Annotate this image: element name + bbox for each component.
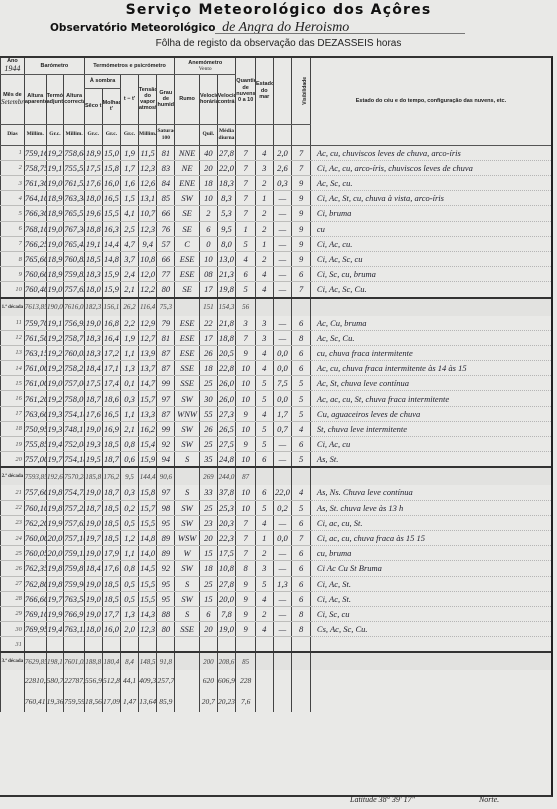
sky-observation: Ci, bruma [310, 206, 551, 221]
sum-ac: 7570,24 [64, 467, 85, 485]
cell-ta: 19,2 [46, 345, 64, 360]
rain-header: Chuva das 6 horas às 16 horas [273, 58, 292, 124]
cell-vi: 6 [292, 561, 311, 576]
cell-ac: 765,45 [64, 236, 85, 251]
cell-ru: SSE [175, 361, 200, 376]
sky-observation: Ac, cu, chuviscos leves de chuva, arco-í… [310, 145, 551, 160]
cell-vh: 18 [200, 561, 218, 576]
cell-nu: 9 [236, 622, 256, 637]
total-hu: 85,9 [157, 691, 175, 712]
cell-ru: S [175, 606, 200, 621]
cell-ts: 18,0 [84, 282, 102, 298]
cell-ap: 762,35 [24, 561, 46, 576]
cell-tv: 13,3 [138, 406, 157, 421]
cell-vi: 9 [292, 206, 311, 221]
cell-vi: 7 [292, 145, 311, 160]
day-row: 15761,0019,0757,0617,517,40,114,799SSE25… [1, 376, 552, 391]
cell-vi: 6 [292, 345, 311, 360]
cell-tt: 4,7 [121, 236, 139, 251]
cell-vh: 25 [200, 500, 218, 515]
sum-ch [273, 467, 292, 485]
cell-hu: 99 [157, 421, 175, 436]
cell-nu: 9 [236, 345, 256, 360]
sum-vh: 151 [200, 298, 218, 316]
day-row: 16761,2019,2758,0718,718,60,315,797SW302… [1, 391, 552, 406]
cell-tv: 12,9 [138, 316, 157, 331]
cell-mar: 3 [255, 330, 273, 345]
cell-tt: 1,1 [121, 345, 139, 360]
cell-vh: 20 [200, 160, 218, 175]
cell-mar: 3 [255, 160, 273, 175]
cell-ac: 759,13 [64, 546, 85, 561]
cell-hu: 89 [157, 546, 175, 561]
cell-vh: 17 [200, 282, 218, 298]
sky-observation: Cs, Ac, Sc, Cu. [310, 622, 551, 637]
cell-tv: 14,7 [138, 376, 157, 391]
cell-vc: 7,8 [217, 606, 236, 621]
cell-tv: 13,1 [138, 191, 157, 206]
cell-nu [236, 637, 256, 653]
day-number: 20 [1, 452, 25, 468]
anemometer-header: AnemómetroVento [175, 58, 236, 74]
cell-hu: 87 [157, 406, 175, 421]
cell-tt: 1,1 [121, 406, 139, 421]
cell-nu: 7 [236, 145, 256, 160]
day-number: 13 [1, 345, 25, 360]
total-obs [310, 691, 551, 712]
cell-tt: 0,8 [121, 561, 139, 576]
apparent-height-header: Altura aparente [24, 74, 46, 124]
cell-tm: 16,5 [102, 406, 121, 421]
cell-tt: 0,2 [121, 500, 139, 515]
cell-hu: 76 [157, 221, 175, 236]
cell-tt: 1,1 [121, 546, 139, 561]
cell-mar: 5 [255, 376, 273, 391]
sky-observation: St, chuva leve intermitente [310, 421, 551, 436]
cell-tt: 2,1 [121, 421, 139, 436]
cell-tm: 18,5 [102, 576, 121, 591]
cell-mar: 2 [255, 221, 273, 236]
day-row: 31 [1, 637, 552, 653]
sum-tv: 148,5 [138, 652, 157, 670]
cell-nu: 7 [236, 191, 256, 206]
sum-ch [273, 652, 292, 670]
cell-tv: 13,9 [138, 345, 157, 360]
cell-tv: 15,5 [138, 576, 157, 591]
day-row: 29769,1019,9766,9719,017,71,314,388S67,8… [1, 606, 552, 621]
total-mar [255, 691, 273, 712]
cell-ta: 19,4 [46, 622, 64, 637]
sum-mar [255, 298, 273, 316]
day-number: 15 [1, 376, 25, 391]
sky-observation: Ac, Cu, bruma [310, 316, 551, 331]
cell-vc: 20,0 [217, 591, 236, 606]
cell-vi: 5 [292, 376, 311, 391]
cell-ap: 764,10 [24, 191, 46, 206]
total-tv: 409,3 [138, 670, 157, 691]
cell-vh: 22 [200, 316, 218, 331]
cell-nu: 10 [236, 500, 256, 515]
cell-tm: 15,5 [102, 206, 121, 221]
cell-ac: 757,06 [64, 376, 85, 391]
cell-vc: 9,5 [217, 221, 236, 236]
observation-form: Ano1944 Barómetro Termómetros e psicróme… [0, 56, 553, 797]
sky-observation: Ci, Ac, cu, arco-íris, chuviscos leves d… [310, 160, 551, 175]
cell-ch: — [273, 221, 292, 236]
unit-grc: Gr.c. [102, 124, 121, 145]
cell-tt: 0,1 [121, 376, 139, 391]
sum-tm: 156,1 [102, 298, 121, 316]
day-number: 25 [1, 546, 25, 561]
cell-ru: NNE [175, 145, 200, 160]
sky-state-header: Estado do céu e do tempo, configuração d… [310, 58, 551, 145]
cell-nu: 7 [236, 546, 256, 561]
cell-mar: 4 [255, 345, 273, 360]
cell-ts: 18,9 [84, 145, 102, 160]
cell-tm: 18,7 [102, 485, 121, 500]
sum-tm: 180,4 [102, 652, 121, 670]
cell-ap: 769,10 [24, 606, 46, 621]
total-tt: 1,47 [121, 691, 139, 712]
cell-ch: 22,0 [273, 485, 292, 500]
cell-tm: 17,4 [102, 376, 121, 391]
cell-vh: 15 [200, 591, 218, 606]
service-title: Serviço Meteorológico dos Açôres [0, 2, 557, 18]
day-row: 21757,6019,8754,7319,018,70,315,897S3337… [1, 485, 552, 500]
cell-mar: 4 [255, 622, 273, 637]
cell-ta: 18,9 [46, 191, 64, 206]
sky-observation: Ci, ac, cu, chuva fraca às 15 15 [310, 530, 551, 545]
sky-observation: As, Ns. Chuva leve contínua [310, 485, 551, 500]
cell-ac: 758,64 [64, 145, 85, 160]
cell-mar: 4 [255, 591, 273, 606]
cell-ru: WSW [175, 530, 200, 545]
cell-tv: 14,5 [138, 561, 157, 576]
cell-vc: 25,3 [217, 500, 236, 515]
cell-ru: ENE [175, 176, 200, 191]
wind-direction-header: Rumo [175, 74, 200, 124]
year-value: 1944 [4, 64, 20, 73]
cell-ts: 18,3 [84, 330, 102, 345]
sky-observation: Ci, Ac, cu. [310, 236, 551, 251]
unit-blank [255, 124, 273, 145]
cell-vi: 9 [292, 176, 311, 191]
cell-ch: 0,0 [273, 530, 292, 545]
cell-vi: 9 [292, 191, 311, 206]
cell-ta: 20,0 [46, 546, 64, 561]
month-value: Setembro [1, 98, 24, 106]
cell-vc: 19,0 [217, 622, 236, 637]
cell-ta: 19,8 [46, 561, 64, 576]
cell-mar: 6 [255, 452, 273, 468]
cell-tm: 18,7 [102, 452, 121, 468]
cell-vc: 22,0 [217, 160, 236, 175]
cell-nu: 10 [236, 376, 256, 391]
cell-ts: 17,5 [84, 376, 102, 391]
cell-tt: 4,1 [121, 206, 139, 221]
cell-vi: 5 [292, 391, 311, 406]
cell-vh: 40 [200, 145, 218, 160]
cell-hu: 81 [157, 330, 175, 345]
cell-tt: 0,5 [121, 515, 139, 530]
cell-ac: 758,07 [64, 391, 85, 406]
cell-vi: 6 [292, 576, 311, 591]
cell-hu: 79 [157, 316, 175, 331]
cell-tt: 1,9 [121, 145, 139, 160]
cell-ch: — [273, 316, 292, 331]
decade-summary-row: 1.ª década7613,85190,07616,01182,3156,12… [1, 298, 552, 316]
cell-tm: 17,9 [102, 546, 121, 561]
cell-ap: 760,40 [24, 282, 46, 298]
cell-mar: 2 [255, 206, 273, 221]
cell-ac: 758,71 [64, 330, 85, 345]
cell-nu: 10 [236, 485, 256, 500]
cell-tt: 1,5 [121, 191, 139, 206]
cell-vc: 24,8 [217, 452, 236, 468]
cell-nu: 4 [236, 251, 256, 266]
total-ru [175, 670, 200, 691]
cell-vi [292, 637, 311, 653]
unit-grc: Gr.c. [121, 124, 139, 145]
cell-ru: NE [175, 160, 200, 175]
cell-vc: 22,3 [217, 530, 236, 545]
day-row: 10760,4019,0757,6318,015,92,112,280SE171… [1, 282, 552, 298]
cell-tv: 12,3 [138, 622, 157, 637]
day-row: 27762,8019,8759,9019,018,50,515,595S2527… [1, 576, 552, 591]
unit-blank [236, 124, 256, 145]
cell-ch: — [273, 606, 292, 621]
cell-ta: 19,7 [46, 452, 64, 468]
sum-hu: 90,6 [157, 467, 175, 485]
cell-ap: 755,85 [24, 437, 46, 452]
thermometers-header: Termómetros e psicrómetro [84, 58, 174, 74]
t-diff-header: t − t' [121, 74, 139, 124]
total-ap: 760,41 [24, 691, 46, 712]
cell-ta: 19,2 [46, 361, 64, 376]
unit-blank [292, 124, 311, 145]
day-row: 23762,2019,9757,6219,018,50,515,595SW232… [1, 515, 552, 530]
cell-ac: 755,59 [64, 160, 85, 175]
sum-nu: 85 [236, 652, 256, 670]
cell-tv: 13,7 [138, 361, 157, 376]
cell-ap: 757,60 [24, 485, 46, 500]
day-number: 27 [1, 576, 25, 591]
cell-tv: 12,3 [138, 160, 157, 175]
sum-tt: 26,2 [121, 298, 139, 316]
cell-vi: 8 [292, 606, 311, 621]
day-number: 21 [1, 485, 25, 500]
cell-nu: 8 [236, 561, 256, 576]
cell-tt: 3,7 [121, 251, 139, 266]
cell-ts: 19,0 [84, 421, 102, 436]
total-mar [255, 670, 273, 691]
cell-ac: 758,21 [64, 361, 85, 376]
sum-mar [255, 652, 273, 670]
observatory-underline [215, 33, 465, 34]
cell-ch: — [273, 191, 292, 206]
cell-ta: 19,4 [46, 437, 64, 452]
cell-vi: 4 [292, 421, 311, 436]
cell-ac: 760,05 [64, 345, 85, 360]
sky-observation: Ac, Sc, Cu. [310, 330, 551, 345]
monthly-total-row: 22810,25580,722787,90556,9512,844,1409,3… [1, 670, 552, 691]
cell-tm: 18,5 [102, 500, 121, 515]
cell-tm: 15,9 [102, 267, 121, 282]
day-row: 24760,0020,0757,1019,718,51,214,889WSW20… [1, 530, 552, 545]
total-tt: 44,1 [121, 670, 139, 691]
cell-ts: 19,0 [84, 606, 102, 621]
cell-vc: 26,5 [217, 421, 236, 436]
cell-ap: 760,10 [24, 500, 46, 515]
cell-vc: 5,3 [217, 206, 236, 221]
sum-vi [292, 652, 311, 670]
sky-observation: cu [310, 221, 551, 236]
cell-ch [273, 637, 292, 653]
sky-observation: As, St. chuva leve às 13 h [310, 500, 551, 515]
cell-ch: — [273, 267, 292, 282]
total-vi [292, 691, 311, 712]
cell-ac: 759,87 [64, 561, 85, 576]
cell-tv: 12,2 [138, 282, 157, 298]
cell-tv: 15,5 [138, 515, 157, 530]
month-header: Mês deSetembro [1, 74, 25, 124]
sky-observation: Ci, Ac, St. [310, 576, 551, 591]
cell-ch: — [273, 561, 292, 576]
cell-ru: W [175, 546, 200, 561]
cell-ru: ESE [175, 251, 200, 266]
cell-hu: 83 [157, 160, 175, 175]
decade-summary-row: 2.ª década7593,85192,67570,24185,8176,29… [1, 467, 552, 485]
day-row: 4764,1018,9763,3818,016,51,513,185SW108,… [1, 191, 552, 206]
total-tm: 512,8 [102, 670, 121, 691]
day-number: 11 [1, 316, 25, 331]
cell-ru: SW [175, 437, 200, 452]
cell-tt [121, 637, 139, 653]
cell-hu: 80 [157, 282, 175, 298]
cell-vh: 15 [200, 546, 218, 561]
sky-observation: Cu, aguaceiros leves de chuva [310, 406, 551, 421]
cell-ap: 763,60 [24, 406, 46, 421]
cell-vh: 2 [200, 206, 218, 221]
sky-observation: Ac, St, chuva leve contínua [310, 376, 551, 391]
cell-mar: 5 [255, 576, 273, 591]
day-number: 31 [1, 637, 25, 653]
cell-tm: 16,0 [102, 176, 121, 191]
cell-ts: 18,4 [84, 361, 102, 376]
sum-ru [175, 298, 200, 316]
cell-nu: 10 [236, 452, 256, 468]
day-number: 8 [1, 251, 25, 266]
cell-ap: 759,70 [24, 316, 46, 331]
total-tm: 17,09 [102, 691, 121, 712]
cell-ts: 17,6 [84, 176, 102, 191]
attached-thermometer-header: Termómetro adjunto [46, 74, 64, 124]
unit-blank [273, 124, 292, 145]
sky-observation: Ci, Ac, cu [310, 437, 551, 452]
sky-observation: As, St. [310, 452, 551, 468]
cell-vc: 27,3 [217, 406, 236, 421]
cell-tv: 10,8 [138, 251, 157, 266]
unit-grc: Gr.c. [84, 124, 102, 145]
sky-observation: Ci, Ac, Sc, Cu. [310, 282, 551, 298]
decade-summary-row: 3.ª década7629,85198,17601,05188,8180,48… [1, 652, 552, 670]
cell-vh: 55 [200, 406, 218, 421]
cell-ru: SW [175, 591, 200, 606]
cell-hu: 95 [157, 515, 175, 530]
cell-mar: 2 [255, 606, 273, 621]
cell-tm: 15,0 [102, 145, 121, 160]
cell-ts: 18,8 [84, 221, 102, 236]
cell-ac: 767,30 [64, 221, 85, 236]
cell-ts: 18,0 [84, 622, 102, 637]
cell-nu: 7 [236, 330, 256, 345]
cell-ru: SE [175, 221, 200, 236]
cell-vc: 37,8 [217, 485, 236, 500]
cell-tt: 1,9 [121, 330, 139, 345]
cell-vc: 8,0 [217, 236, 236, 251]
cell-hu: 94 [157, 452, 175, 468]
cell-ap: 758,75 [24, 160, 46, 175]
cell-ac: 752,04 [64, 437, 85, 452]
sum-hu: 75,3 [157, 298, 175, 316]
cell-tm: 16,3 [102, 221, 121, 236]
cell-nu: 7 [236, 206, 256, 221]
total-vc: 20,23 [217, 691, 236, 712]
cell-ac [64, 637, 85, 653]
cell-ac: 763,54 [64, 591, 85, 606]
cell-ap: 766,60 [24, 591, 46, 606]
observation-rows: 1759,1619,2758,6418,915,01,911,581NNE402… [1, 145, 552, 712]
cell-tm: 15,8 [102, 160, 121, 175]
cell-tt: 0,5 [121, 591, 139, 606]
cell-ta: 18,9 [46, 251, 64, 266]
day-number: 10 [1, 282, 25, 298]
cell-tv: 15,4 [138, 437, 157, 452]
cell-ta: 19,8 [46, 500, 64, 515]
unit-millim: Millim. [138, 124, 157, 145]
cell-tv: 14,3 [138, 606, 157, 621]
cell-ap: 759,16 [24, 145, 46, 160]
sum-ru [175, 652, 200, 670]
cell-ta [46, 637, 64, 653]
cell-tm: 17,2 [102, 345, 121, 360]
day-row: 20757,0019,7754,1819,518,70,615,994S3524… [1, 452, 552, 468]
day-number: 14 [1, 361, 25, 376]
decade-label: 3.ª década [1, 652, 25, 670]
cell-ch: 0,0 [273, 391, 292, 406]
cell-ac: 759,82 [64, 267, 85, 282]
cell-ta: 19,0 [46, 282, 64, 298]
total-ts: 18,56 [84, 691, 102, 712]
sky-observation [310, 637, 551, 653]
cell-tm: 15,9 [102, 282, 121, 298]
day-row: 26762,3519,8759,8718,417,60,814,592SW181… [1, 561, 552, 576]
cell-mar: 4 [255, 267, 273, 282]
sum-vc: 244,0 [217, 467, 236, 485]
cell-ch: 0,3 [273, 176, 292, 191]
cell-vi: 7 [292, 282, 311, 298]
cell-tv: 10,7 [138, 206, 157, 221]
cell-ru: SW [175, 515, 200, 530]
sum-vh: 269 [200, 467, 218, 485]
day-number: 17 [1, 406, 25, 421]
cell-hu: 92 [157, 437, 175, 452]
total-vc: 606,9 [217, 670, 236, 691]
cell-tm: 16,8 [102, 316, 121, 331]
total-nu: 7,6 [236, 691, 256, 712]
unit-daily-mean: Média diurna [217, 124, 236, 145]
cell-ta: 19,7 [46, 591, 64, 606]
